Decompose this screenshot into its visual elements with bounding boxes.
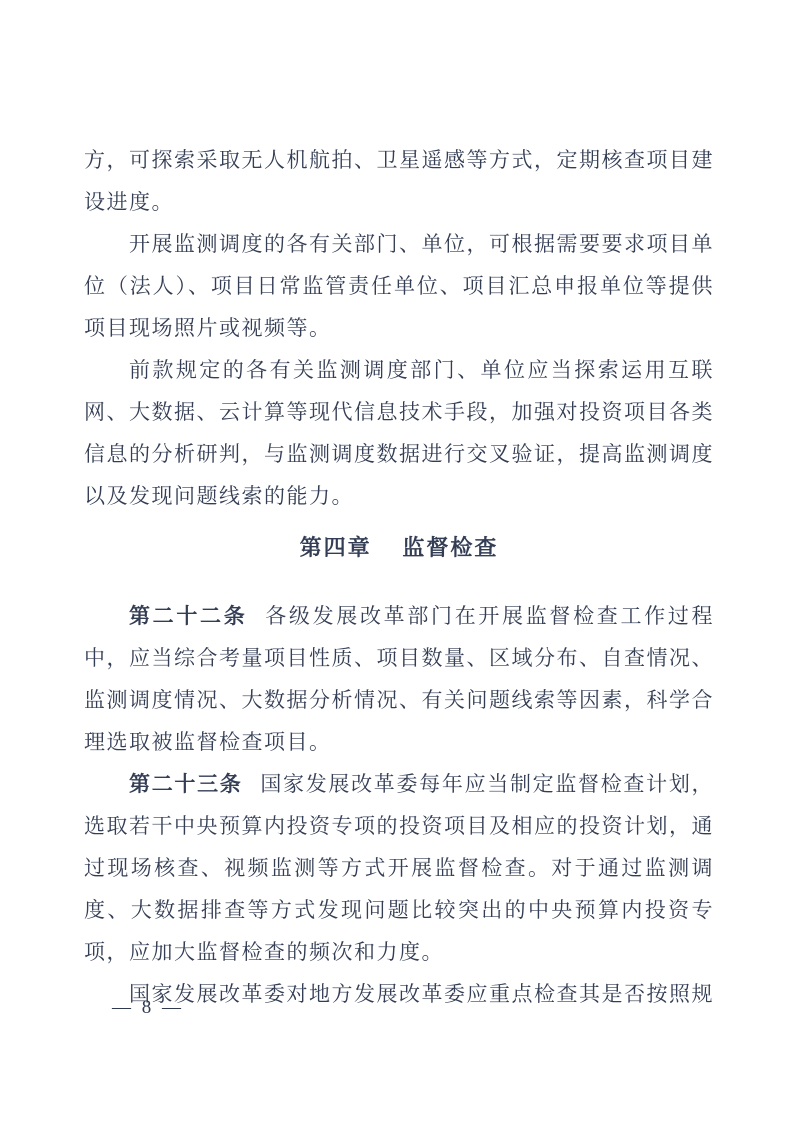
article-number: 第二十二条 [129,604,247,628]
paragraph: 前款规定的各有关监测调度部门、单位应当探索运用互联网、大数据、云计算等现代信息技… [84,349,714,517]
page-footer: — 8 — [112,997,184,1019]
chapter-number: 第四章 [300,535,372,560]
chapter-heading: 第四章监督检查 [84,527,714,569]
article-text: 国家发展改革委每年应当制定监督检查计划，选取若干中央预算内投资专项的投资项目及相… [84,772,714,964]
page-number: — 8 — [112,997,184,1018]
document-page: 方，可探索采取无人机航拍、卫星遥感等方式，定期核查项目建设进度。 开展监测调度的… [0,0,794,1123]
paragraph-continuation: 方，可探索采取无人机航拍、卫星遥感等方式，定期核查项目建设进度。 [84,139,714,223]
document-body: 方，可探索采取无人机航拍、卫星遥感等方式，定期核查项目建设进度。 开展监测调度的… [84,139,714,1015]
article-number: 第二十三条 [129,772,242,796]
article-paragraph: 第二十二条各级发展改革部门在开展监督检查工作过程中，应当综合考量项目性质、项目数… [84,595,714,763]
article-paragraph: 第二十三条国家发展改革委每年应当制定监督检查计划，选取若干中央预算内投资专项的投… [84,763,714,973]
chapter-title: 监督检查 [402,535,498,560]
paragraph: 开展监测调度的各有关部门、单位，可根据需要要求项目单位（法人）、项目日常监管责任… [84,223,714,349]
